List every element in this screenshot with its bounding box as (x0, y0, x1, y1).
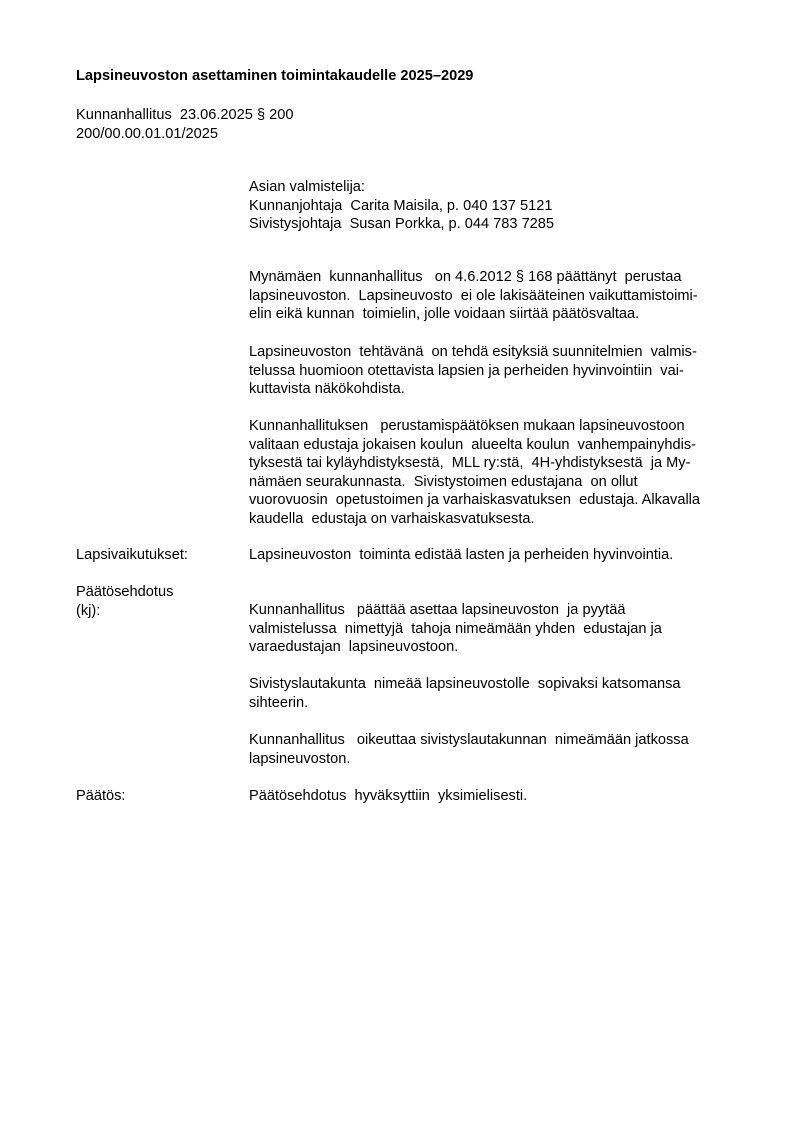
paragraph-line: valmistelussa nimettyjä tahoja nimeämään… (249, 620, 662, 639)
document-page: Lapsineuvoston asettaminen toimintakaude… (0, 0, 794, 1122)
paragraph-line: lapsineuvoston. Lapsineuvosto ei ole lak… (249, 287, 698, 306)
preparer-line: Sivistysjohtaja Susan Porkka, p. 044 783… (249, 215, 554, 234)
paragraph-background: Mynämäen kunnanhallitus on 4.6.2012 § 16… (249, 268, 698, 324)
child-impacts-label: Lapsivaikutukset: (76, 546, 188, 565)
paragraph-line: elin eikä kunnan toimielin, jolle voidaa… (249, 305, 698, 324)
paragraph-line: Kunnanhallituksen perustamispäätöksen mu… (249, 417, 700, 436)
paragraph-line: valitaan edustaja jokaisen koulun alueel… (249, 436, 700, 455)
document-title: Lapsineuvoston asettaminen toimintakaude… (76, 68, 473, 84)
proposal-paragraph-3: Kunnanhallitus oikeuttaa sivistyslautaku… (249, 731, 689, 768)
meeting-info: Kunnanhallitus 23.06.2025 § 200 200/00.0… (76, 106, 293, 143)
paragraph-line: Sivistyslautakunta nimeää lapsineuvostol… (249, 675, 681, 694)
child-impacts-text: Lapsineuvoston toiminta edistää lasten j… (249, 546, 673, 565)
paragraph-composition: Kunnanhallituksen perustamispäätöksen mu… (249, 417, 700, 528)
decision-label: Päätös: (76, 787, 126, 806)
paragraph-line: nämäen seurakunnasta. Sivistystoimen edu… (249, 473, 700, 492)
paragraph-line: varaedustajan lapsineuvostoon. (249, 638, 662, 657)
meeting-reference: Kunnanhallitus 23.06.2025 § 200 (76, 106, 293, 125)
paragraph-tasks: Lapsineuvoston tehtävänä on tehdä esityk… (249, 343, 697, 399)
decision-text: Päätösehdotus hyväksyttiin yksimielisest… (249, 787, 527, 806)
paragraph-line: kuttavista näkökohdista. (249, 380, 697, 399)
proposal-paragraph-1: Kunnanhallitus päättää asettaa lapsineuv… (249, 601, 662, 657)
paragraph-line: kaudella edustaja on varhaiskasvatuksest… (249, 510, 700, 529)
proposal-label-line: Päätösehdotus (76, 583, 173, 602)
child-impacts-text-block: Lapsineuvoston toiminta edistää lasten j… (249, 546, 673, 565)
preparer-line: Kunnanjohtaja Carita Maisila, p. 040 137… (249, 197, 554, 216)
paragraph-line: vuorovuosin opetustoimen ja varhaiskasva… (249, 491, 700, 510)
record-id: 200/00.00.01.01/2025 (76, 125, 293, 144)
preparers-heading: Asian valmistelija: (249, 178, 554, 197)
paragraph-line: Kunnanhallitus oikeuttaa sivistyslautaku… (249, 731, 689, 750)
proposal-label: Päätösehdotus (kj): (76, 583, 173, 620)
paragraph-line: sihteerin. (249, 694, 681, 713)
paragraph-line: Lapsineuvoston tehtävänä on tehdä esityk… (249, 343, 697, 362)
paragraph-line: Mynämäen kunnanhallitus on 4.6.2012 § 16… (249, 268, 698, 287)
paragraph-line: tyksestä tai kyläyhdistyksestä, MLL ry:s… (249, 454, 700, 473)
preparers-block: Asian valmistelija: Kunnanjohtaja Carita… (249, 178, 554, 234)
paragraph-line: telussa huomioon otettavista lapsien ja … (249, 362, 697, 381)
proposal-paragraph-2: Sivistyslautakunta nimeää lapsineuvostol… (249, 675, 681, 712)
paragraph-line: lapsineuvoston. (249, 750, 689, 769)
proposal-label-line: (kj): (76, 602, 173, 621)
decision-text-block: Päätösehdotus hyväksyttiin yksimielisest… (249, 787, 527, 806)
paragraph-line: Kunnanhallitus päättää asettaa lapsineuv… (249, 601, 662, 620)
